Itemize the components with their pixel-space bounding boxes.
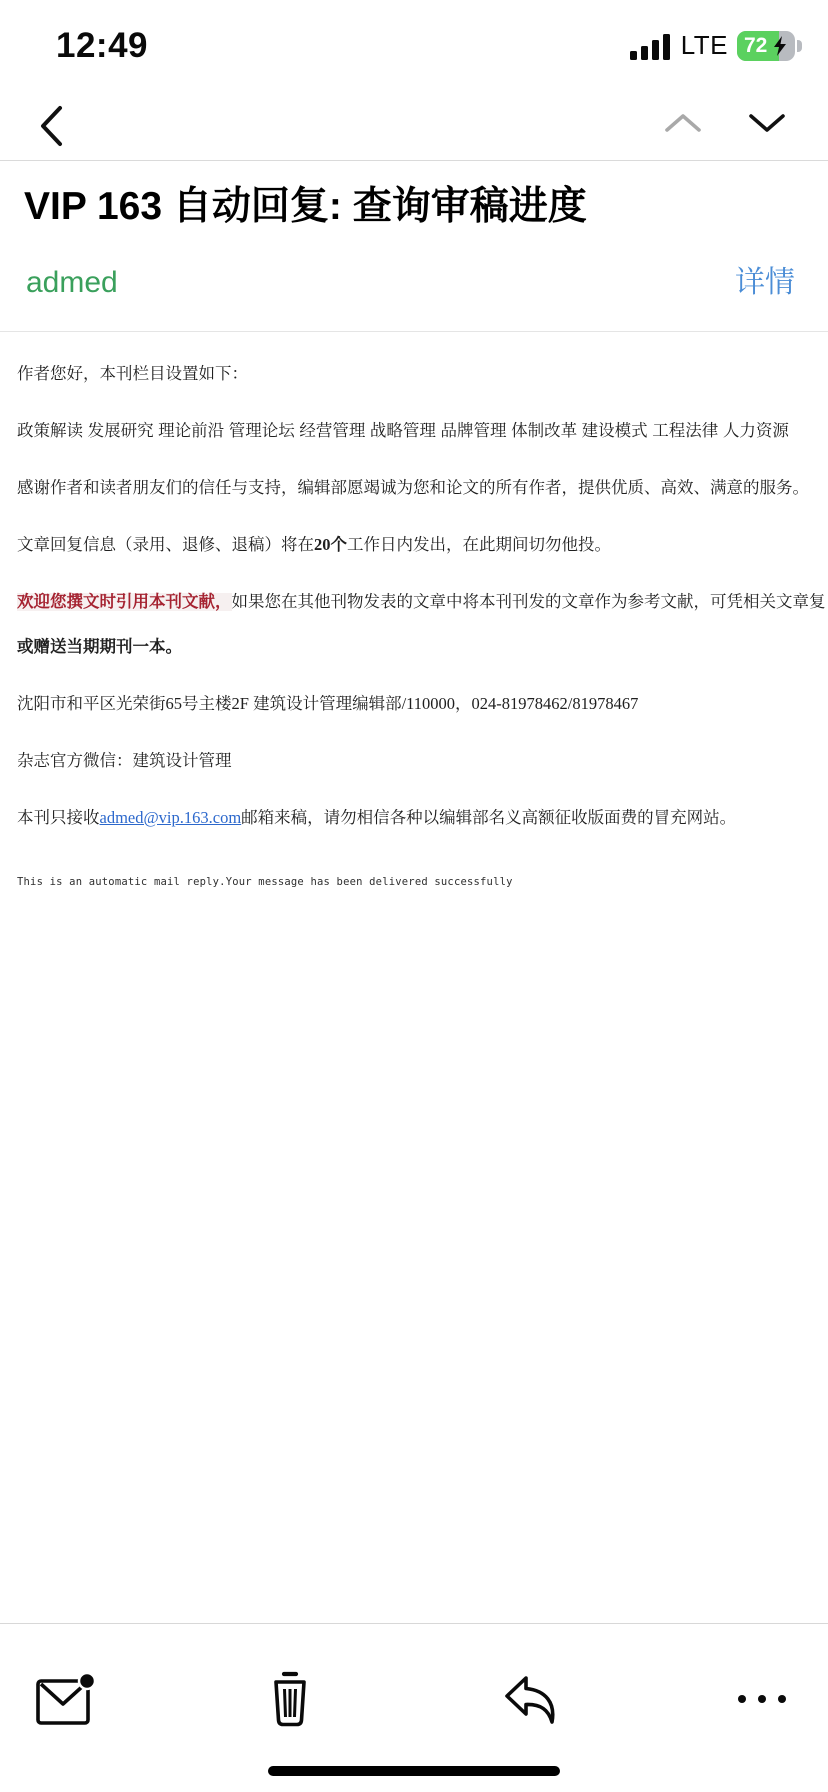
- next-message-button[interactable]: [748, 112, 786, 134]
- ellipsis-icon: [734, 1692, 790, 1706]
- charging-bolt-icon: [773, 36, 787, 56]
- text-segment: 号主楼: [182, 695, 232, 713]
- text-segment: 024-81978462/81978467: [472, 694, 639, 713]
- home-indicator[interactable]: [268, 1766, 560, 1776]
- text-segment: 2F: [232, 694, 254, 713]
- body-paragraph: 或赠送当期期刊一本。: [17, 635, 828, 659]
- signal-strength-icon: [630, 31, 672, 61]
- body-paragraph: 作者您好，本刊栏目设置如下：: [17, 362, 828, 386]
- text-segment: 建筑设计管理编辑部: [253, 695, 402, 713]
- details-button[interactable]: 详情: [735, 257, 795, 301]
- sender-name[interactable]: admed: [26, 266, 118, 300]
- delete-button[interactable]: [255, 1664, 325, 1734]
- chevron-up-icon: [664, 112, 702, 134]
- battery-cap: [797, 40, 802, 52]
- status-bar: 12:49 LTE 72: [0, 0, 828, 88]
- text-segment: 工作日内发出，在此期间切勿他投。: [347, 536, 611, 554]
- text-segment: 或赠送当期期刊一本。: [17, 638, 182, 656]
- text-segment: 如果您在其他刊物发表的文章中将本刊刊发的文章作为参考文献，可凭相关文章复: [232, 593, 826, 611]
- email-address-link[interactable]: admed@vip.163.com: [100, 808, 242, 827]
- text-segment: 作者您好，本刊栏目设置如下：: [17, 365, 248, 383]
- status-time: 12:49: [56, 26, 148, 66]
- body-paragraph: This is an automatic mail reply.Your mes…: [17, 870, 828, 894]
- status-indicators: LTE 72: [630, 30, 802, 61]
- message-subject: VIP 163 自动回复: 查询审稿进度: [24, 183, 798, 231]
- chevron-down-icon: [748, 112, 786, 134]
- reply-icon: [501, 1670, 563, 1728]
- text-segment: 65: [166, 694, 183, 713]
- battery-level: 72: [744, 34, 767, 58]
- back-button[interactable]: [38, 102, 68, 150]
- mark-unread-button[interactable]: [30, 1664, 100, 1734]
- body-paragraph: 文章回复信息（录用、退修、退稿）将在20个工作日内发出，在此期间切勿他投。: [17, 533, 828, 557]
- text-segment: 文章回复信息（录用、退修、退稿）将在: [17, 536, 314, 554]
- bottom-toolbar: [0, 1623, 828, 1792]
- text-segment: 沈阳市和平区光荣街: [17, 695, 166, 713]
- text-segment: ，: [455, 695, 472, 713]
- body-paragraph: 沈阳市和平区光荣街65号主楼2F 建筑设计管理编辑部/110000，024-81…: [17, 692, 828, 716]
- trash-icon: [262, 1668, 318, 1730]
- network-type: LTE: [681, 30, 728, 61]
- nav-bar: [0, 88, 828, 161]
- text-segment: /110000: [402, 694, 455, 713]
- text-segment: 个: [331, 536, 348, 554]
- text-segment: 欢迎您撰文时引用本刊文献，: [17, 593, 232, 611]
- envelope-unread-icon: [34, 1670, 96, 1728]
- battery-indicator: 72: [737, 31, 802, 61]
- text-segment: This is an automatic mail reply.Your mes…: [17, 876, 513, 888]
- text-segment: 杂志官方微信：建筑设计管理: [17, 752, 232, 770]
- phone-screen: 12:49 LTE 72: [0, 0, 828, 1792]
- body-paragraph: 政策解读 发展研究 理论前沿 管理论坛 经营管理 战略管理 品牌管理 体制改革 …: [17, 419, 828, 443]
- text-segment: 本刊只接收: [17, 809, 100, 827]
- body-paragraph: 杂志官方微信：建筑设计管理: [17, 749, 828, 773]
- body-paragraph: 本刊只接收admed@vip.163.com邮箱来稿，请勿相信各种以编辑部名义高…: [17, 806, 828, 830]
- email-body: 作者您好，本刊栏目设置如下：政策解读 发展研究 理论前沿 管理论坛 经营管理 战…: [0, 328, 828, 927]
- body-paragraph: 欢迎您撰文时引用本刊文献，如果您在其他刊物发表的文章中将本刊刊发的文章作为参考文…: [17, 590, 828, 614]
- text-segment: 感谢作者和读者朋友们的信任与支持，编辑部愿竭诚为您和论文的所有作者，提供优质、高…: [17, 479, 809, 497]
- message-header: VIP 163 自动回复: 查询审稿进度 admed 详情: [0, 161, 828, 332]
- reply-button[interactable]: [497, 1664, 567, 1734]
- chevron-left-icon: [38, 104, 64, 148]
- prev-message-button[interactable]: [664, 112, 702, 134]
- text-segment: 邮箱来稿，请勿相信各种以编辑部名义高额征收版面费的冒充网站。: [241, 809, 736, 827]
- more-button[interactable]: [727, 1664, 797, 1734]
- text-segment: 政策解读 发展研究 理论前沿 管理论坛 经营管理 战略管理 品牌管理 体制改革 …: [17, 422, 789, 440]
- body-paragraph: 感谢作者和读者朋友们的信任与支持，编辑部愿竭诚为您和论文的所有作者，提供优质、高…: [17, 476, 828, 500]
- text-segment: 20: [314, 535, 331, 554]
